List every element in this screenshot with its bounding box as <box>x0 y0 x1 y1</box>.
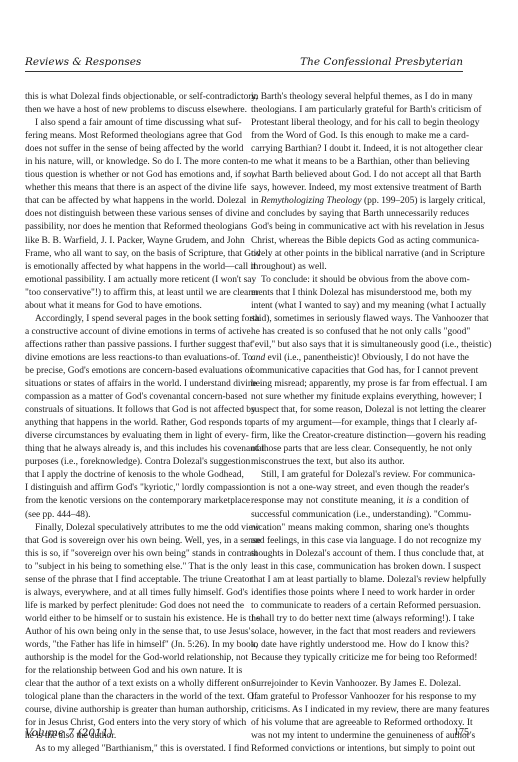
text-line: words, "the Father has life in himself" … <box>25 639 241 652</box>
text-line: divine emotions are less reactions-to th… <box>25 352 241 365</box>
text-line: what Barth believed about God. I do not … <box>251 169 469 182</box>
text-line: To conclude: it should be obvious from t… <box>251 274 469 287</box>
text-line: intent (what I wanted to say) and my mea… <box>251 300 469 313</box>
text-line: construals of situations. It follows tha… <box>25 404 241 417</box>
text-line: throughout) as well. <box>251 261 469 274</box>
text-line: I shall try to do better next time (alwa… <box>251 613 469 626</box>
text-line: carrying Barthian? I doubt it. Indeed, i… <box>251 143 469 156</box>
text-line: I also spend a fair amount of time discu… <box>25 117 241 130</box>
text-line: of his volume that are agreeable to Refo… <box>251 717 469 730</box>
page-number: 175 <box>454 727 469 738</box>
text-line: is always, everywhere, and at all times … <box>25 587 241 600</box>
text-line: world either to be himself or to sustain… <box>25 613 241 626</box>
text-line <box>251 665 469 678</box>
text-line: like B. B. Warfield, J. I. Packer, Wayne… <box>25 235 241 248</box>
text-line: "too conservative"!) to affirm this, at … <box>25 287 241 300</box>
text-line: was not my intent to undermine the genui… <box>251 730 469 743</box>
text-line: course, divine authorship is greater tha… <box>25 704 241 717</box>
text-line: to me what it means to be a Barthian, ot… <box>251 156 469 169</box>
text-line: and evil (i.e., panentheistic)! Obviousl… <box>251 352 469 365</box>
text-line: a constructive account of divine emotion… <box>25 326 241 339</box>
text-line: fering means. Most Reformed theologians … <box>25 130 241 143</box>
text-line: theologians. I am particularly grateful … <box>251 104 469 117</box>
text-line: identifies those points where I need to … <box>251 587 469 600</box>
text-line: authorship is the model for the God-worl… <box>25 652 241 665</box>
text-line: response may not constitute meaning, it … <box>251 495 469 508</box>
text-line: Christ, whereas the Bible depicts God as… <box>251 235 469 248</box>
text-line: he has created is so confused that he no… <box>251 326 469 339</box>
left-text-column: this is what Dolezal finds objectionable… <box>25 91 241 756</box>
text-line: passibility, nor does he mention that Re… <box>25 221 241 234</box>
text-line: I am grateful to Professor Vanhoozer for… <box>251 691 469 704</box>
text-line: that I am at least partially to blame. D… <box>251 574 469 587</box>
footer-volume: Volume 7 (2011) <box>25 727 113 739</box>
text-line: compassion as a matter of God's covenant… <box>25 391 241 404</box>
text-line: successful communication (i.e., understa… <box>251 509 469 522</box>
text-line: of those parts that are less clear. Cons… <box>251 443 469 456</box>
text-line: that God is sovereign over his own being… <box>25 535 241 548</box>
text-line: be precise, God's emotions are concern-b… <box>25 365 241 378</box>
text-line: from the Word of God. Is this enough to … <box>251 130 469 143</box>
text-line: Frame, who all want to say, on the basis… <box>25 248 241 261</box>
text-line: tological plane than the characters in t… <box>25 691 241 704</box>
text-line: Because they typically criticize me for … <box>251 652 469 665</box>
text-line: God's being in communicative act with hi… <box>251 221 469 234</box>
text-line: ments that I think Dolezal has misunders… <box>251 287 469 300</box>
text-line: about what it means for God to have emot… <box>25 300 241 313</box>
text-line: sense of the phrase that I find acceptab… <box>25 574 241 587</box>
text-line: Surrejoinder to Kevin Vanhoozer. By Jame… <box>251 678 469 691</box>
running-header: Reviews & Responses The Confessional Pre… <box>25 55 463 72</box>
text-line: to communicate to readers of a certain R… <box>251 600 469 613</box>
text-line: that can be affected by what happens in … <box>25 195 241 208</box>
text-line: least in this case, communication has br… <box>251 561 469 574</box>
text-line: anything that happens in the world. Rath… <box>25 417 241 430</box>
text-line: and concludes by saying that Barth unnec… <box>251 208 469 221</box>
text-line: said), sometimes in seriously flawed way… <box>251 313 469 326</box>
text-line: that I apply the doctrine of kenosis to … <box>25 469 241 482</box>
text-line: situations or states of affairs in the w… <box>25 378 241 391</box>
text-line: being misread; apparently, my prose is f… <box>251 378 469 391</box>
text-line: firm, like the Creator-creature distinct… <box>251 430 469 443</box>
text-line: (see pp. 444–48). <box>25 509 241 522</box>
text-line: this is what Dolezal finds objectionable… <box>25 91 241 104</box>
text-line: solace, however, in the fact that most r… <box>251 626 469 639</box>
text-line: clear that the author of a text exists o… <box>25 678 241 691</box>
text-line: Author of his own being only in the sens… <box>25 626 241 639</box>
text-line: Still, I am grateful for Dolezal's revie… <box>251 469 469 482</box>
text-line: thing that he always already is, and thi… <box>25 443 241 456</box>
text-line: Reformed convictions or intentions, but … <box>251 743 469 756</box>
text-line: then we have a host of new problems to d… <box>25 104 241 117</box>
text-line: I distinguish and affirm God's "kyriotic… <box>25 482 241 495</box>
text-line: says, however. Indeed, my most extensive… <box>251 182 469 195</box>
text-line: diverse circumstances by evaluating them… <box>25 430 241 443</box>
text-line: and feelings, in this case via language.… <box>251 535 469 548</box>
text-line: in Barth's theology several helpful them… <box>251 91 469 104</box>
text-line: tion is not a one-way street, and even t… <box>251 482 469 495</box>
text-line: for the relationship between God and his… <box>25 665 241 678</box>
text-line: this is so, if "sovereign over his own b… <box>25 548 241 561</box>
text-line: purposes (i.e., foreknowledge). Contra D… <box>25 456 241 469</box>
text-line: affections rather than passive passions.… <box>25 339 241 352</box>
text-line: "evil," but also says that it is simulta… <box>251 339 469 352</box>
text-line: tious question is whether or not God has… <box>25 169 241 182</box>
text-line: to "subject in his being to something el… <box>25 561 241 574</box>
text-line: communicative capacities that God has, f… <box>251 365 469 378</box>
text-line: from the kenotic versions on the contemp… <box>25 495 241 508</box>
text-line: to date have rightly understood me. How … <box>251 639 469 652</box>
text-line: parts of my argument—for example, things… <box>251 417 469 430</box>
text-line: suspect that, for some reason, Dolezal i… <box>251 404 469 417</box>
text-line: in his nature, will, or knowledge. So do… <box>25 156 241 169</box>
text-line: Accordingly, I spend several pages in th… <box>25 313 241 326</box>
text-line: life is marked by perfect plenitude: God… <box>25 600 241 613</box>
text-line: misconstrues the text, but also its auth… <box>251 456 469 469</box>
text-line: in Remythologizing Theology (pp. 199–205… <box>251 195 469 208</box>
header-section-title: Reviews & Responses <box>25 56 141 68</box>
text-line: thoughts in Dolezal's account of them. I… <box>251 548 469 561</box>
right-text-column: in Barth's theology several helpful them… <box>251 91 469 756</box>
text-line: criticisms. As I indicated in my review,… <box>251 704 469 717</box>
document-page: Reviews & Responses The Confessional Pre… <box>0 0 518 762</box>
text-line: tively at other points in the biblical n… <box>251 248 469 261</box>
text-line: is emotionally affected by what happens … <box>25 261 241 274</box>
text-line: does not distinguish between these vario… <box>25 208 241 221</box>
text-line: nication" means making common, sharing o… <box>251 522 469 535</box>
text-line: whether this means that there is an aspe… <box>25 182 241 195</box>
text-line: As to my alleged "Barthianism," this is … <box>25 743 241 756</box>
text-line: emotional passibility. I am actually mor… <box>25 274 241 287</box>
text-line: not sure whether my finitude explains ev… <box>251 391 469 404</box>
text-line: Protestant liberal theology, and for his… <box>251 117 469 130</box>
text-line: Finally, Dolezal speculatively attribute… <box>25 522 241 535</box>
text-line: does not suffer in the sense of being af… <box>25 143 241 156</box>
header-journal-title: The Confessional Presbyterian <box>300 56 463 68</box>
